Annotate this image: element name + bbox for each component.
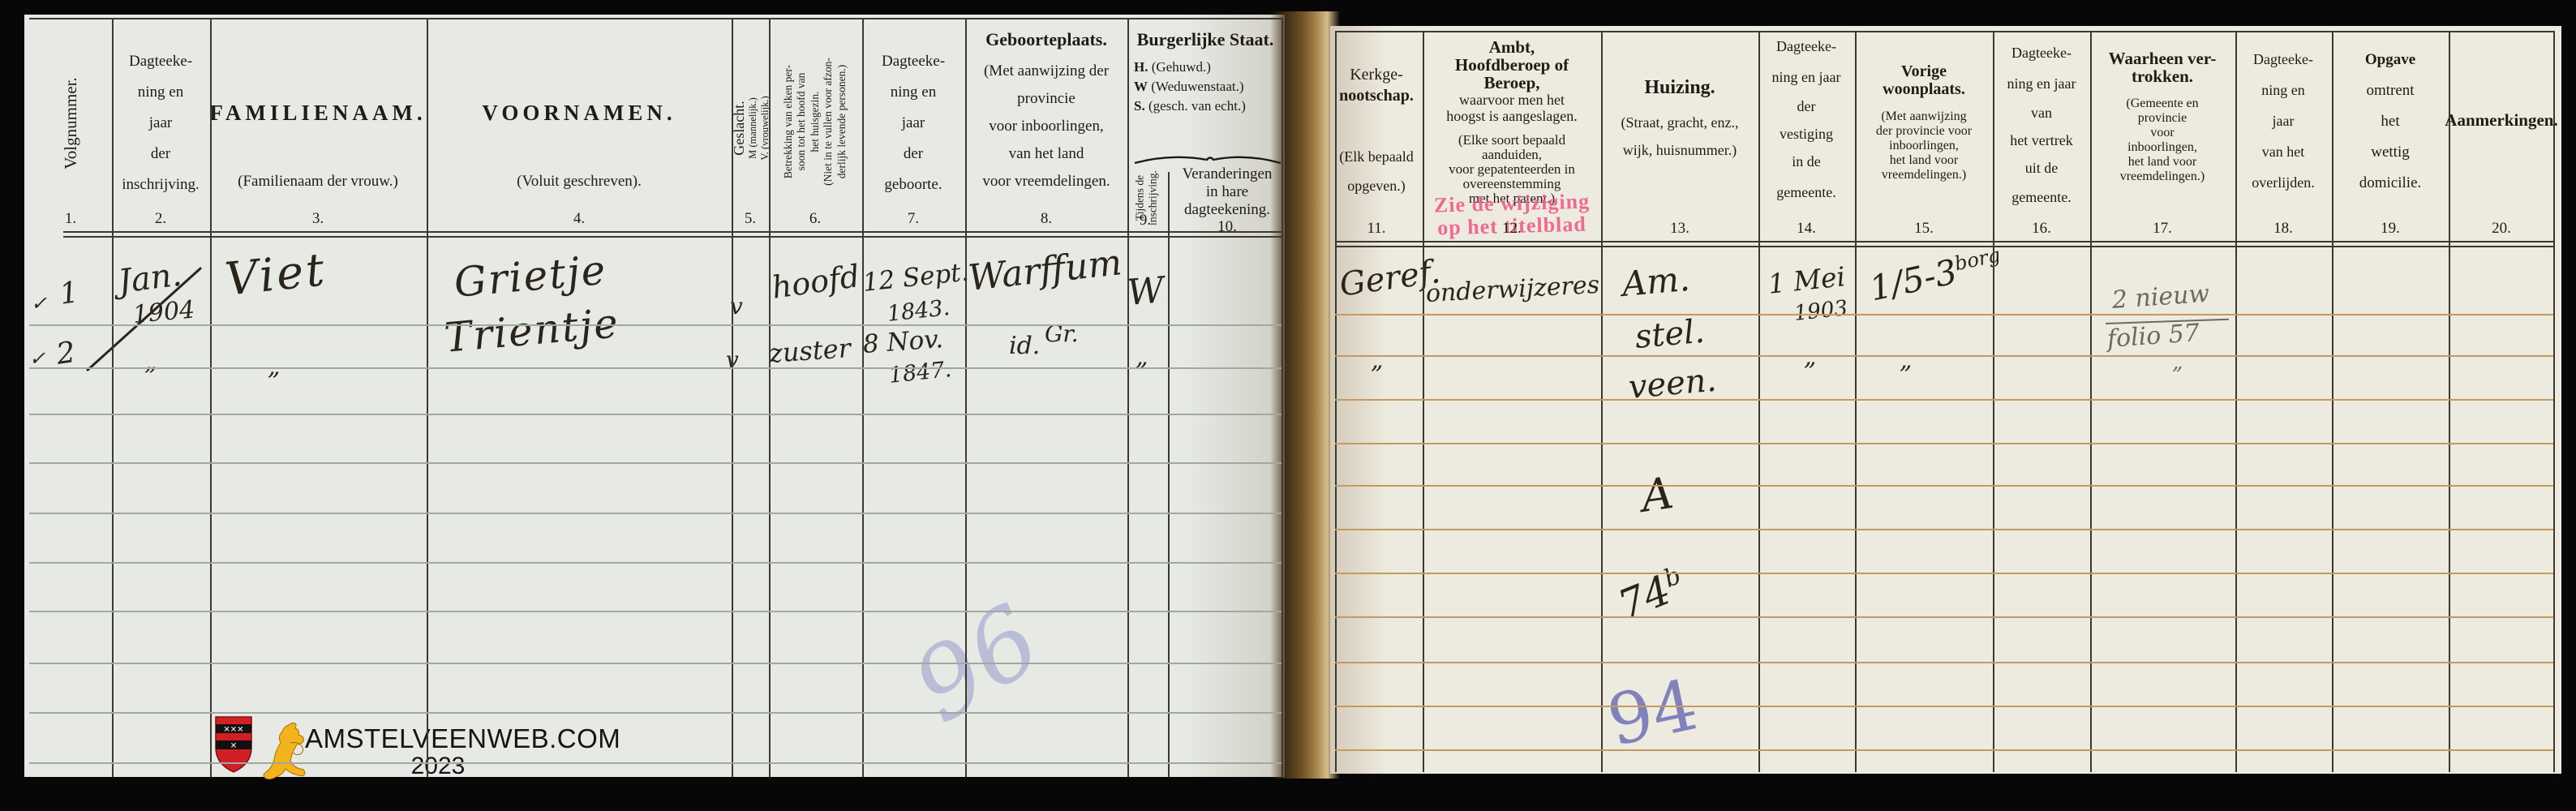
col5-number: 5. [745, 211, 756, 226]
ruled-line-left-page [29, 762, 1282, 764]
col17-header-line: vreemdelingen.) [2120, 170, 2205, 183]
col1-title: Volgnummer. [61, 77, 82, 169]
column-divider-line [1423, 31, 1424, 772]
col19-header-line: wettig [2371, 144, 2410, 160]
col7-header-line: geboorte. [884, 177, 942, 192]
col6-header-betrekking: Betrekking van elken per- soon tot het h… [782, 19, 848, 224]
watermark-site: AMSTELVEENWEB.COM [305, 723, 620, 754]
header-border-line [1335, 246, 2555, 247]
col14-header-line: vestiging [1780, 127, 1833, 141]
col12-header-line: Beroep, [1483, 75, 1539, 92]
col19-header-line: domicilie. [2359, 175, 2422, 191]
col16-header-line: Dagteeke- [2011, 45, 2072, 60]
column-divider-line [2090, 31, 2092, 772]
col14-header-line: Dagteeke- [1776, 39, 1836, 54]
col17-header-line: het land voor [2128, 156, 2196, 169]
col5-legend-m: M (mannelijk.) [747, 31, 759, 225]
ruled-line-right-page [1335, 573, 2553, 574]
col7-number: 7. [908, 211, 919, 226]
pencil-house-number: 94 [1602, 670, 1703, 757]
col19-header-line: het [2381, 114, 2399, 129]
col15-header-line: Vorige [1901, 63, 1947, 79]
col910-legend-w: W (Weduwenstaat.) [1134, 79, 1244, 93]
col16-header-line: ning en jaar [2007, 76, 2076, 91]
col4-number: 4. [573, 211, 585, 226]
birth-year-row2: 1847. [888, 358, 953, 387]
col15-header-line: het land voor [1890, 154, 1958, 167]
house-line1: Am. [1621, 262, 1691, 302]
header-border-line [1335, 31, 2555, 32]
col12-header-line: voor gepatenteerden in [1449, 162, 1575, 176]
ruled-line-right-page [1335, 616, 2553, 618]
ruled-line-left-page [29, 712, 1282, 714]
col17-header-line: trokken. [2132, 68, 2193, 85]
col19-number: 19. [2381, 221, 2400, 236]
col6-number: 6. [809, 211, 821, 226]
col11-number: 11. [1367, 221, 1385, 236]
col12-header-line: Ambt, [1489, 39, 1535, 56]
col2-header-line: Dagteeke- [129, 54, 192, 69]
col17-header-line: inboorlingen, [2127, 141, 2197, 154]
col6-line: (Niet in te vullen voor afzon- [822, 19, 835, 224]
ruled-line-left-page [29, 611, 1282, 612]
col910-header-burgerlijke-staat: Burgerlijke Staat. [1137, 31, 1274, 49]
surname-row1: Viet [223, 247, 328, 303]
col19-header-line: Opgave [2365, 52, 2415, 67]
col1-header-volgnummer: Volgnummer. [61, 77, 82, 169]
header-border-line [29, 18, 1283, 19]
col16-number: 16. [2032, 221, 2051, 236]
date-month-row1: Jan. [117, 259, 184, 298]
col2-header-line: ning en [138, 84, 183, 100]
column-divider-line [1168, 172, 1170, 777]
col17-header-line: (Gemeente en [2126, 97, 2198, 110]
col8-header-line: voor vreemdelingen. [982, 174, 1110, 189]
col11-header-line: Kerkge- [1350, 67, 1403, 83]
saltires-top: ✕✕✕ [223, 726, 243, 735]
col10-header-line: in hare [1206, 184, 1248, 200]
col1-number: 1. [65, 211, 76, 226]
col12-header-line: waarvoor men het [1459, 92, 1565, 107]
col15-header-line: woonplaats. [1883, 81, 1965, 97]
col14-header-line: gemeente. [1776, 185, 1835, 200]
saltire-bottom: ✕ [230, 742, 237, 751]
settled-year-row1: 1903 [1793, 298, 1849, 324]
ruled-line-right-page [1335, 485, 2553, 487]
col8-header-line: (Met aanwijzing der [984, 63, 1109, 79]
column-divider-line [1855, 31, 1857, 772]
col3-header-familienaam: FAMILIENAAM. [209, 102, 426, 124]
col15-header-line: der provincie voor [1876, 125, 1972, 138]
col5-header-legend: M (mannelijk.) V. (vrouwelijk.) [747, 31, 772, 225]
header-border-line [63, 236, 1283, 238]
header-border-line [1335, 241, 2555, 242]
legend-val-h: (Gehuwd.) [1152, 59, 1211, 75]
col12-number: 12. [1502, 221, 1522, 236]
ruled-line-right-page [1335, 314, 2553, 315]
col14-header-line: in de [1792, 154, 1821, 169]
amstelveen-coat-of-arms: ✕✕✕ ✕ [213, 714, 310, 783]
col11-header-line: nootschap. [1339, 88, 1414, 104]
col15-header-line: inboorlingen, [1889, 139, 1959, 152]
birthplace-province-row1: Gr. [1045, 323, 1079, 345]
date-ditto-row2: „ [144, 350, 157, 375]
col6-line: Betrekking van elken per- [782, 19, 795, 224]
col17-number: 17. [2153, 221, 2172, 236]
col4-header-sub: (Voluit geschreven). [517, 174, 642, 189]
column-divider-line [2332, 31, 2333, 772]
column-divider-line [1335, 31, 1337, 772]
col18-header-line: jaar [2273, 114, 2295, 128]
church-ditto-row2: „ [1371, 349, 1384, 373]
house-wijk-letter: A [1638, 471, 1676, 519]
col7-header-line: der [904, 146, 923, 161]
relation-row2: zuster [768, 335, 852, 367]
col20-header-aanmerkingen: Aanmerkingen. [2445, 112, 2557, 129]
birthplace-row2: id. [1009, 334, 1040, 358]
col15-header-line: vreemdelingen.) [1882, 169, 1966, 182]
col6-line: het huisgezin. [809, 19, 822, 224]
ruled-line-right-page [1335, 662, 2553, 663]
ruled-line-right-page [1335, 443, 2553, 444]
col12-header-line: overeenstemming [1463, 177, 1561, 191]
col7-header-line: Dagteeke- [882, 54, 945, 69]
col12-header-line: (Elke soort bepaald [1458, 133, 1565, 147]
moved-to-line2: folio 57 [2106, 321, 2200, 352]
birth-day-row2: 8 Nov. [862, 327, 944, 358]
col910-legend-h: H. (Gehuwd.) [1134, 60, 1211, 74]
column-divider-line [1601, 31, 1603, 772]
col14-header-line: ning en jaar [1772, 70, 1841, 84]
col18-header-line: ning en [2261, 83, 2305, 97]
header-border-line [63, 231, 1283, 233]
col8-header-line: van het land [1009, 146, 1084, 161]
column-divider-line [1758, 31, 1760, 772]
watermark-year: 2023 [411, 754, 466, 779]
col11-header-line: opgeven.) [1347, 178, 1405, 193]
col17-header-line: provincie [2138, 112, 2187, 125]
ruled-line-left-page [29, 663, 1282, 664]
col2-header-line: der [151, 146, 170, 161]
col13-number: 13. [1670, 221, 1689, 236]
column-divider-line [1993, 31, 1994, 772]
col16-header-line: gemeente. [2011, 190, 2071, 204]
col18-header-line: overlijden. [2252, 175, 2314, 190]
column-divider-line [2553, 31, 2555, 772]
col16-header-line: uit de [2025, 161, 2059, 175]
col15-number: 15. [1914, 221, 1934, 236]
col11-header-line: (Elk bepaald [1339, 149, 1413, 164]
moved-to-line1: 2 nieuw [2111, 282, 2210, 313]
col19-header-line: omtrent [2366, 83, 2414, 98]
col8-number: 8. [1041, 211, 1052, 226]
ruled-line-right-page [1335, 355, 2553, 357]
given-name-row1: Grietje [453, 250, 608, 303]
ruled-line-right-page [1335, 529, 2553, 530]
legend-key-w: W [1134, 79, 1148, 94]
civil-status-row1: W [1126, 272, 1166, 311]
col2-number: 2. [155, 211, 166, 226]
col18-number: 18. [2273, 221, 2293, 236]
ruled-line-left-page [29, 414, 1282, 415]
col5-title: Geslacht. [731, 101, 749, 155]
col17-header-line: voor [2150, 127, 2174, 139]
col3-number: 3. [312, 211, 324, 226]
ruled-line-left-page [29, 324, 1282, 326]
ruled-line-right-page [1335, 706, 2553, 707]
col6-line: soon tot het hoofd van [795, 19, 808, 224]
col8-header-geboorteplaats: Geboorteplaats. [985, 31, 1107, 49]
column-divider-line [2449, 31, 2450, 772]
settled-ditto-row2: „ [1804, 345, 1817, 370]
ruled-line-right-page [1335, 399, 2553, 401]
col2-header-line: inschrijving. [122, 177, 200, 192]
col10-header-line: dagteekening. [1184, 202, 1270, 217]
col18-header-line: Dagteeke- [2253, 52, 2313, 67]
volgnummer-row1: 1 [58, 278, 80, 310]
col12-header-line: aanduiden, [1482, 148, 1542, 161]
ruled-line-left-page [29, 367, 1282, 369]
col16-header-line: het vertrek [2010, 133, 2072, 148]
col13-header-line: wijk, huisnummer.) [1623, 143, 1737, 157]
col14-number: 14. [1797, 221, 1816, 236]
date-year-row1: 1904 [132, 298, 196, 328]
birth-year-row1: 1843. [887, 297, 951, 325]
col7-header-line: ning en [891, 84, 936, 100]
legend-key-s: S. [1134, 98, 1145, 114]
col8-header-line: voor inboorlingen, [989, 118, 1103, 134]
previous-ditto-row2: „ [1900, 349, 1913, 373]
lion-rampant [264, 723, 305, 779]
col910-legend-s: S. (gesch. van echt.) [1134, 99, 1246, 113]
column-divider-line [2235, 31, 2237, 772]
col5-header-geslacht: Geslacht. [731, 101, 749, 155]
volgnummer-row2: 2 [54, 338, 77, 370]
col12-header-line: Hoofdberoep of [1455, 57, 1569, 74]
checkmark-row1: ✓ [31, 294, 47, 313]
legend-key-h: H. [1134, 59, 1148, 75]
ruled-line-left-page [29, 513, 1282, 514]
col10-header-line: Veranderingen [1183, 166, 1273, 182]
col13-header-line: (Straat, gracht, enz., [1621, 115, 1739, 130]
col12-header-line: hoogst is aangeslagen. [1446, 109, 1577, 123]
settled-day-row1: 1 Mei [1767, 263, 1846, 298]
legend-val-w: (Weduwenstaat.) [1151, 79, 1243, 94]
house-line2: stel. [1634, 315, 1706, 354]
col14-header-line: der [1797, 99, 1816, 114]
col3-header-sub: (Familienaam der vrouw.) [238, 174, 398, 189]
col2-header-line: jaar [149, 115, 172, 131]
col18-header-line: van het [2262, 144, 2304, 159]
col15-header-line: (Met aanwijzing [1881, 110, 1966, 123]
ruled-line-left-page [29, 562, 1282, 564]
civil-status-ditto-row2: „ [1136, 345, 1148, 370]
col16-header-line: van [2031, 105, 2052, 120]
col8-header-line: provincie [1017, 91, 1075, 106]
checkmark-row2: ✓ [29, 349, 45, 368]
col6-line: derlijk levende personen.) [835, 19, 848, 224]
col20-number: 20. [2492, 221, 2511, 236]
col17-header-line: Waarheen ver- [2109, 50, 2217, 67]
col7-header-line: jaar [902, 115, 925, 131]
legend-val-s: (gesch. van echt.) [1148, 98, 1246, 114]
column-divider-line [1282, 18, 1283, 777]
col9-number: 9. [1140, 212, 1151, 228]
col4-header-voornamen: VOORNAMEN. [482, 102, 676, 124]
col13-header-huizing: Huizing. [1644, 78, 1715, 97]
ruled-line-left-page [29, 462, 1282, 464]
house-line3: veen. [1627, 364, 1717, 404]
register-scan: Volgnummer. Dagteeke- ning en jaar der i… [0, 0, 2576, 811]
ruled-line-right-page [1335, 749, 2553, 751]
